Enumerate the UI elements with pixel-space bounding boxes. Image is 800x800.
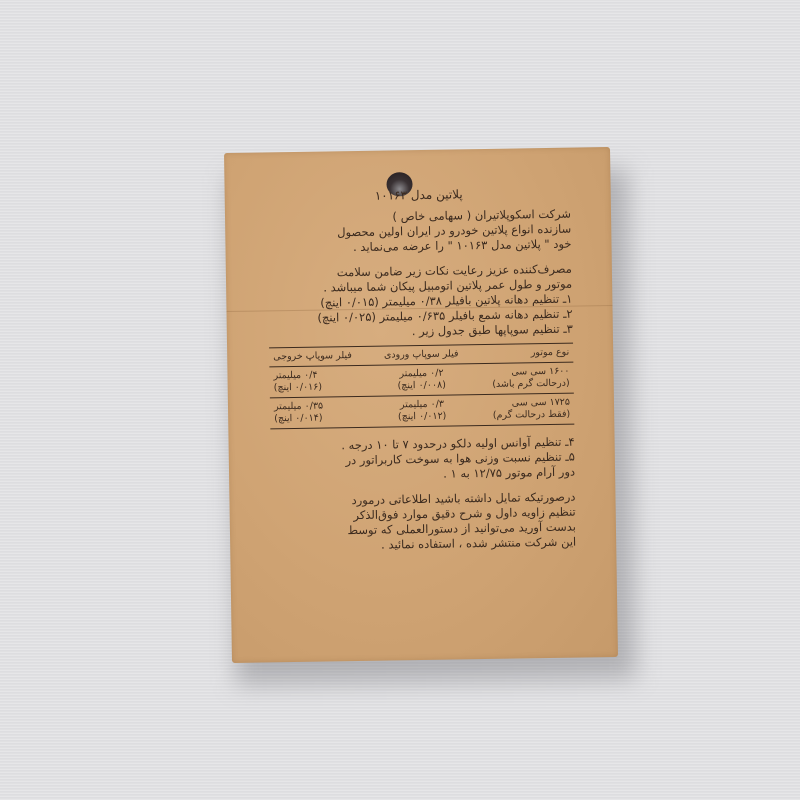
table-row: ۱۶۰۰ سی سی (درحالت گرم باشد) ۰/۲ میلیمتر… (269, 363, 573, 399)
card-text: پلاتین مدل ۱۰۱۶۳ شرکت اسکوپلاتیران ( سها… (267, 186, 577, 555)
cell-exhaust: ۰/۳۵ میلیمتر (۰/۰۱۴ اینچ) (274, 400, 372, 426)
valve-clearance-table: نوع موتور فیلر سوپاپ ورودی فیلر سوپاپ خر… (269, 343, 574, 430)
cell-intake: ۰/۲ میلیمتر (۰/۰۰۸ اینچ) (373, 367, 471, 393)
card-title: پلاتین مدل ۱۰۱۶۳ (267, 186, 571, 206)
cell-line: (فقط درحالت گرم) (472, 409, 570, 423)
company-block: شرکت اسکوپلاتیران ( سهامی خاص ) سازنده ا… (267, 207, 572, 257)
cell-line: (درحالت گرم باشد) (472, 378, 570, 392)
cell-engine: ۱۶۰۰ سی سی (درحالت گرم باشد) (472, 366, 570, 392)
cell-line: (۰/۰۱۲ اینچ) (373, 410, 471, 424)
header-engine: نوع موتور (471, 347, 569, 361)
header-exhaust: فیلر سوپاپ خروجی (273, 350, 371, 364)
product-card: پلاتین مدل ۱۰۱۶۳ شرکت اسکوپلاتیران ( سها… (224, 147, 618, 663)
table-row: ۱۷۲۵ سی سی (فقط درحالت گرم) ۰/۳ میلیمتر … (270, 394, 574, 430)
cell-engine: ۱۷۲۵ سی سی (فقط درحالت گرم) (472, 397, 570, 423)
closing-block: درصورتیکه تمایل داشته باشید اطلاعاتی درم… (271, 490, 576, 555)
cell-line: (۰/۰۱۶ اینچ) (274, 381, 372, 395)
instructions-bottom: ۴ـ تنظیم آوانس اولیه دلکو درحدود ۷ تا ۱۰… (271, 435, 576, 485)
photo-scene: پلاتین مدل ۱۰۱۶۳ شرکت اسکوپلاتیران ( سها… (0, 0, 800, 800)
cell-intake: ۰/۳ میلیمتر (۰/۰۱۲ اینچ) (373, 398, 471, 424)
header-intake: فیلر سوپاپ ورودی (372, 348, 470, 362)
intro-block: مصرف‌کننده عزیز رعایت نکات زیر ضامن سلام… (268, 262, 573, 342)
cell-exhaust: ۰/۴ میلیمتر (۰/۰۱۶ اینچ) (273, 369, 371, 395)
cell-line: (۰/۰۰۸ اینچ) (373, 379, 471, 393)
cell-line: (۰/۰۱۴ اینچ) (274, 412, 372, 426)
